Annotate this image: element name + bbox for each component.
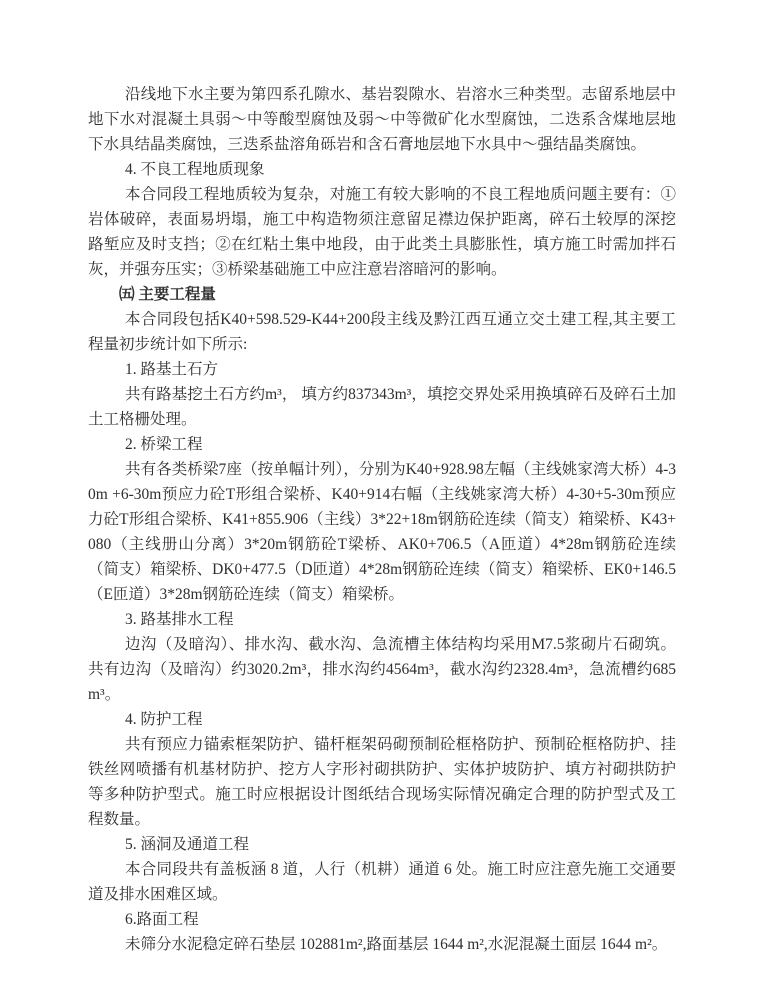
para-contract-scope: 本合同段包括K40+598.529-K44+200段主线及黔江西互通立交土建工程… — [88, 307, 676, 357]
document-page: 沿线地下水主要为第四系孔隙水、基岩裂隙水、岩溶水三种类型。志留系地层中地下水对混… — [0, 0, 765, 990]
heading-main-quantities: ㈤ 主要工程量 — [88, 282, 676, 307]
para-bridge-works: 共有各类桥梁7座（按单幅计列），分别为K40+928.98左幅（主线姚家湾大桥）… — [88, 457, 676, 607]
heading-protection-works: 4. 防护工程 — [88, 707, 676, 732]
heading-culvert-works: 5. 涵洞及通道工程 — [88, 832, 676, 857]
para-culvert-works: 本合同段共有盖板涵 8 道，人行（机耕）通道 6 处。施工时应注意先施工交通要道… — [88, 857, 676, 907]
heading-drainage-works: 3. 路基排水工程 — [88, 607, 676, 632]
heading-bridge-works: 2. 桥梁工程 — [88, 432, 676, 457]
para-drainage-works: 边沟（及暗沟）、排水沟、截水沟、急流槽主体结构均采用M7.5浆砌片石砌筑。共有边… — [88, 632, 676, 707]
para-roadbed-earthwork: 共有路基挖土石方约m³， 填方约837343m³，填挖交界处采用换填碎石及碎石土… — [88, 382, 676, 432]
para-protection-works: 共有预应力锚索框架防护、锚杆框架码砌预制砼框格防护、预制砼框格防护、挂铁丝网喷播… — [88, 732, 676, 832]
heading-pavement-works: 6.路面工程 — [88, 907, 676, 932]
document-text-block: 沿线地下水主要为第四系孔隙水、基岩裂隙水、岩溶水三种类型。志留系地层中地下水对混… — [88, 82, 676, 957]
heading-adverse-geology: 4. 不良工程地质现象 — [88, 157, 676, 182]
para-pavement-works: 未筛分水泥稳定碎石垫层 102881m²,路面基层 1644 m²,水泥混凝土面… — [88, 932, 676, 957]
para-adverse-geology-detail: 本合同段工程地质较为复杂，对施工有较大影响的不良工程地质问题主要有：①岩体破碎，… — [88, 182, 676, 282]
heading-roadbed-earthwork: 1. 路基土石方 — [88, 357, 676, 382]
para-groundwater-types: 沿线地下水主要为第四系孔隙水、基岩裂隙水、岩溶水三种类型。志留系地层中地下水对混… — [88, 82, 676, 157]
